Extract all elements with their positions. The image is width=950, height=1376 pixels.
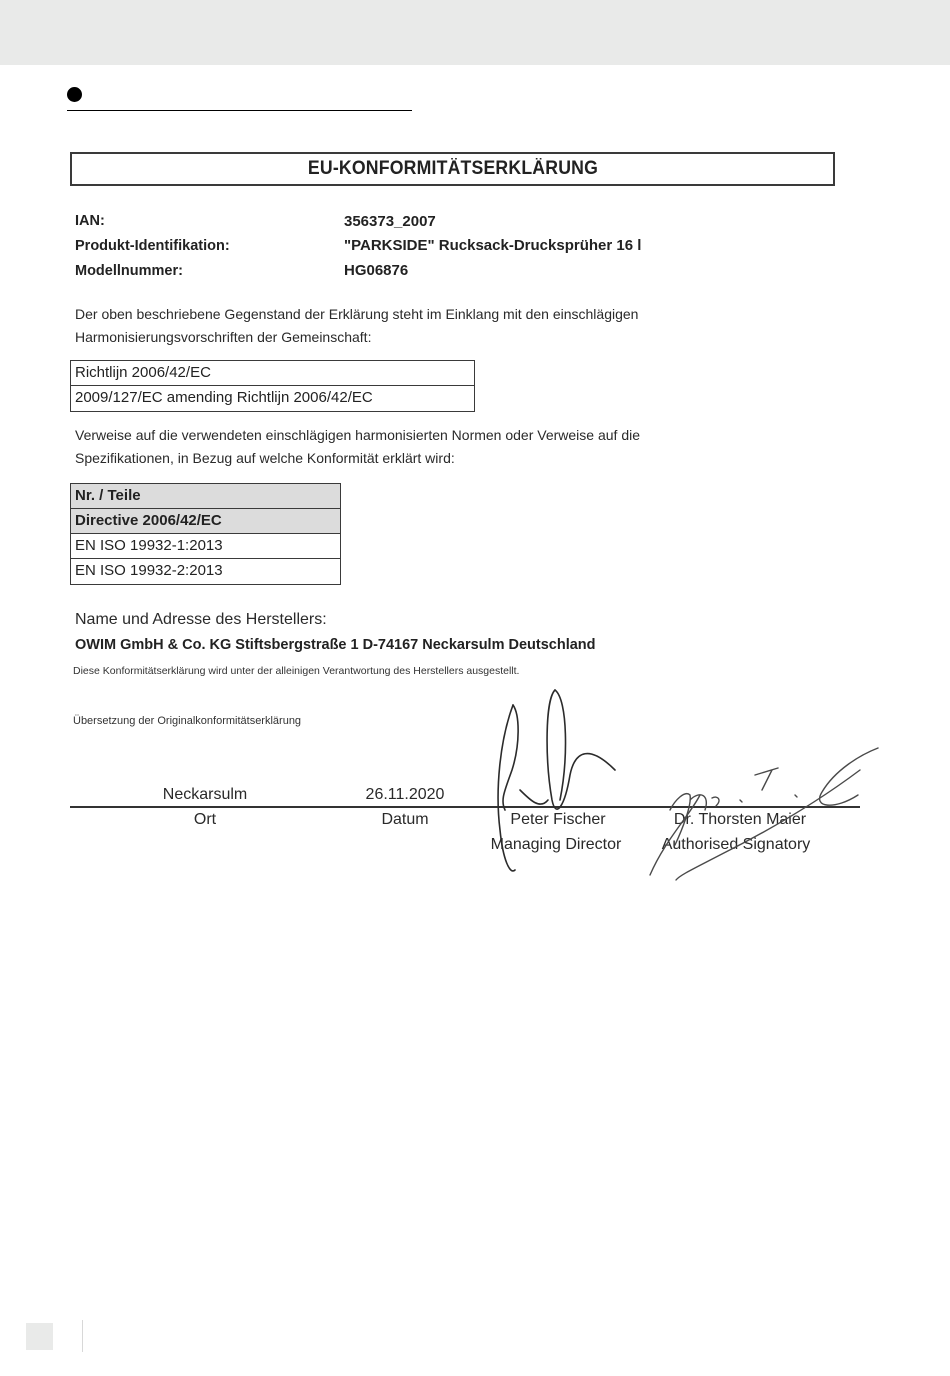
document-title-box: EU-KONFORMITÄTSERKLÄRUNG [70, 152, 835, 186]
manufacturer-address: OWIM GmbH & Co. KG Stiftsbergstraße 1 D-… [75, 637, 596, 653]
field-value-model: HG06876 [344, 262, 408, 279]
directive-row: 2009/127/EC amending Richtlijn 2006/42/E… [71, 386, 474, 411]
page-number-tab [26, 1323, 53, 1350]
field-value-product: "PARKSIDE" Rucksack-Drucksprüher 16 l [344, 237, 641, 254]
signatory-role-2: Authorised Signatory [650, 836, 822, 854]
signatory-role-1: Managing Director [480, 836, 632, 854]
conformity-statement: Der oben beschriebene Gegenstand der Erk… [75, 303, 638, 349]
document-title: EU-KONFORMITÄTSERKLÄRUNG [307, 158, 597, 180]
standards-table-row: EN ISO 19932-1:2013 [71, 534, 340, 559]
page-header-band [0, 0, 950, 65]
standards-statement: Verweise auf die verwendeten einschlägig… [75, 424, 640, 470]
date-label: Datum [345, 811, 465, 829]
handwritten-signatures [0, 0, 950, 1376]
standards-table: Nr. / Teile Directive 2006/42/EC EN ISO … [70, 483, 341, 585]
field-label-ian: IAN: [75, 213, 105, 229]
place-value: Neckarsulm [140, 786, 270, 804]
place-label: Ort [140, 811, 270, 829]
field-value-ian: 356373_2007 [344, 213, 436, 230]
footer-divider [82, 1320, 83, 1352]
date-value: 26.11.2020 [345, 786, 465, 804]
responsibility-note: Diese Konformitätserklärung wird unter d… [73, 665, 519, 677]
field-label-product: Produkt-Identifikation: [75, 238, 230, 254]
manufacturer-heading: Name und Adresse des Herstellers: [75, 611, 327, 629]
signatory-name-2: Dr. Thorsten Maier [655, 811, 825, 829]
section-divider [67, 110, 412, 111]
signature-line [70, 806, 860, 808]
field-label-model: Modellnummer: [75, 263, 183, 279]
standards-table-header: Nr. / Teile [71, 484, 340, 509]
bullet-icon [67, 87, 82, 102]
directives-table: Richtlijn 2006/42/EC 2009/127/EC amendin… [70, 360, 475, 412]
signatory-name-1: Peter Fischer [488, 811, 628, 829]
standards-table-row: EN ISO 19932-2:2013 [71, 559, 340, 584]
standards-table-group: Directive 2006/42/EC [71, 509, 340, 534]
directive-row: Richtlijn 2006/42/EC [71, 361, 474, 386]
translation-note: Übersetzung der Originalkonformitätserkl… [73, 715, 301, 727]
